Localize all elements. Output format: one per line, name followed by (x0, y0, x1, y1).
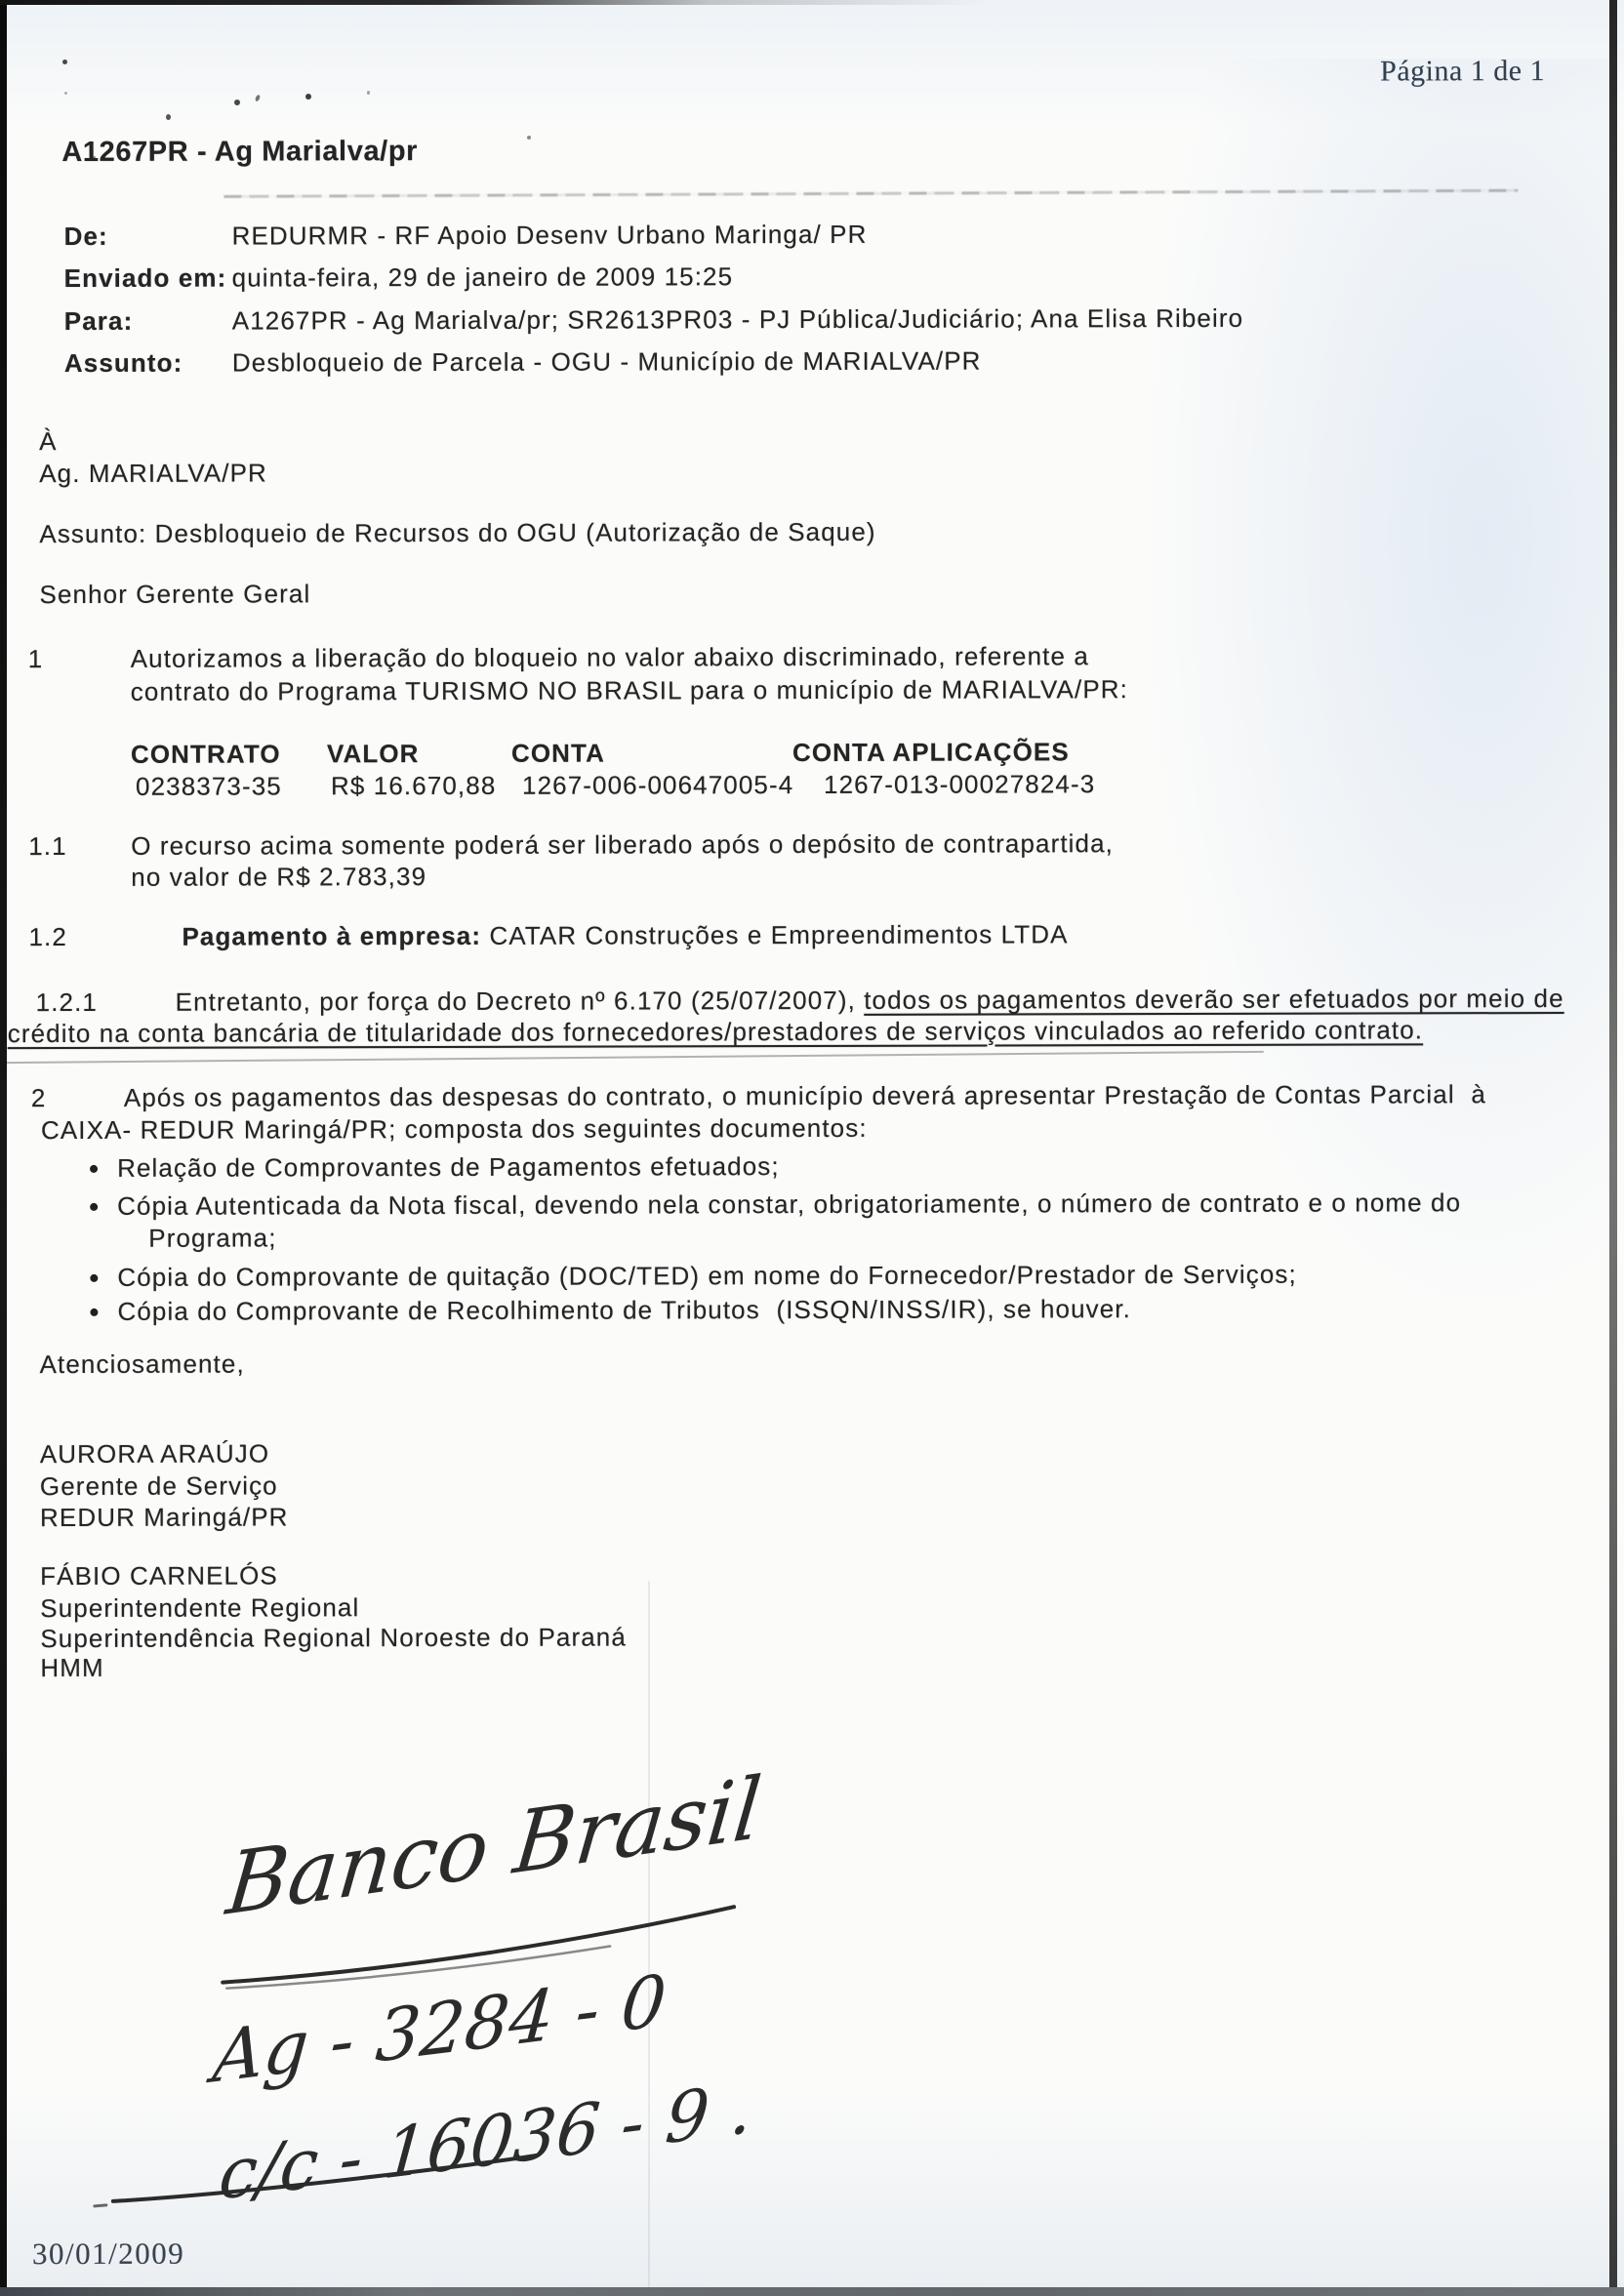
bullet-item: Cópia Autenticada da Nota fiscal, devend… (117, 1189, 1461, 1219)
document-title: A1267PR - Ag Marialva/pr (61, 138, 418, 167)
header-label-assunto: Assunto: (64, 350, 183, 376)
paragraph-1-1-line: no valor de R$ 2.783,39 (131, 864, 426, 890)
paragraph-1-2-rest: CATAR Construções e Empreendimentos LTDA (481, 919, 1068, 950)
paragraph-1-2-1-number: 1.2.1 (36, 989, 98, 1015)
paragraph-1-line: contrato do Programa TURISMO NO BRASIL p… (131, 676, 1128, 705)
signer-2-initials: HMM (40, 1655, 103, 1680)
paragraph-1-1-line: O recurso acima somente poderá ser liber… (131, 830, 1114, 859)
bullet-icon (90, 1165, 98, 1173)
document-content: Página 1 de 1 A1267PR - Ag Marialva/pr D… (0, 0, 1624, 2296)
paragraph-2-line: CAIXA- REDUR Maringá/PR; composta dos se… (41, 1115, 868, 1143)
table-header-contrato: CONTRATO (131, 741, 281, 766)
paragraph-1-2-1-underlined: todos os pagamentos deverão ser efetuado… (864, 984, 1563, 1015)
header-label-para: Para: (64, 308, 134, 334)
signer-1-unit: REDUR Maringá/PR (40, 1504, 289, 1530)
signer-2-unit: Superintendência Regional Noroeste do Pa… (40, 1624, 627, 1651)
header-value-enviado: quinta-feira, 29 de janeiro de 2009 15:2… (232, 263, 734, 290)
footer-date: 30/01/2009 (32, 2238, 184, 2269)
signer-2-role: Superintendente Regional (40, 1594, 359, 1621)
header-value-para: A1267PR - Ag Marialva/pr; SR2613PR03 - P… (232, 305, 1243, 334)
bullet-item: Cópia do Comprovante de Recolhimento de … (117, 1296, 1131, 1324)
header-label-enviado: Enviado em: (64, 265, 227, 291)
table-header-conta-aplicacoes: CONTA APLICAÇÕES (792, 739, 1070, 765)
bullet-item: Relação de Comprovantes de Pagamentos ef… (117, 1153, 780, 1181)
bullet-icon (90, 1274, 98, 1282)
scanned-email-page: Página 1 de 1 A1267PR - Ag Marialva/pr D… (0, 0, 1624, 2296)
page-indicator: Página 1 de 1 (1380, 57, 1545, 86)
handwritten-account-number: c/c - 16036 - 9 . (216, 2068, 755, 2216)
signer-1-name: AURORA ARAÚJO (40, 1440, 269, 1467)
paragraph-2-line: Após os pagamentos das despesas do contr… (124, 1081, 1486, 1110)
table-cell-conta: 1267-006-00647005-4 (522, 772, 793, 798)
paragraph-1-line: Autorizamos a liberação do bloqueio no v… (131, 643, 1089, 671)
table-cell-contrato: 0238373-35 (136, 773, 282, 798)
bullet-item: Cópia do Comprovante de quitação (DOC/TE… (117, 1262, 1297, 1290)
header-value-assunto: Desbloqueio de Parcela - OGU - Município… (232, 348, 982, 376)
closing: Atenciosamente, (40, 1351, 245, 1378)
paragraph-2-number: 2 (31, 1085, 47, 1110)
bullet-icon (90, 1309, 98, 1316)
handwritten-bottom-line-start (95, 2205, 106, 2206)
bullet-item-continuation: Programa; (148, 1225, 276, 1250)
table-cell-conta-aplicacoes: 1267-013-00027824-3 (824, 771, 1095, 797)
paragraph-1-2-1-line: Entretanto, por força do Decreto nº 6.17… (176, 986, 1564, 1015)
paragraph-1-2-1-underlined: crédito na conta bancária de titularidad… (8, 1017, 1423, 1046)
table-cell-valor: R$ 16.670,88 (331, 773, 496, 798)
table-header-conta: CONTA (511, 741, 605, 766)
signer-1-role: Gerente de Serviço (40, 1472, 278, 1499)
handwritten-agency-number: Ag - 3284 - 0 (204, 1959, 670, 2101)
paragraph-1-2-1-lead: Entretanto, por força do Decreto nº 6.17… (176, 986, 865, 1017)
table-header-valor: VALOR (327, 741, 420, 766)
header-value-de: REDURMR - RF Apoio Desenv Urbano Maringa… (232, 222, 868, 249)
paragraph-1-2-bold: Pagamento à empresa: (182, 921, 481, 951)
underline-echo-stroke (5, 1051, 1264, 1064)
handwritten-annotation: Banco Brasil Ag - 3284 - 0 c/c - 16036 -… (77, 1696, 879, 2259)
signer-2-name: FÁBIO CARNELÓS (40, 1562, 278, 1589)
paragraph-1-1-number: 1.1 (28, 833, 67, 859)
paragraph-1-number: 1 (28, 646, 44, 671)
salutation-to: À (39, 428, 58, 454)
salutation-agency: Ag. MARIALVA/PR (39, 460, 267, 486)
title-separator (223, 189, 1518, 198)
handwritten-bank-name: Banco Brasil (221, 1758, 766, 1935)
bullet-icon (90, 1203, 98, 1211)
body-subject-line: Assunto: Desbloqueio de Recursos do OGU … (39, 519, 875, 546)
paragraph-1-2-number: 1.2 (28, 924, 67, 949)
paragraph-1-2-line: Pagamento à empresa: CATAR Construções e… (182, 921, 1068, 948)
header-label-de: De: (64, 223, 108, 249)
body-greeting: Senhor Gerente Geral (39, 581, 310, 607)
